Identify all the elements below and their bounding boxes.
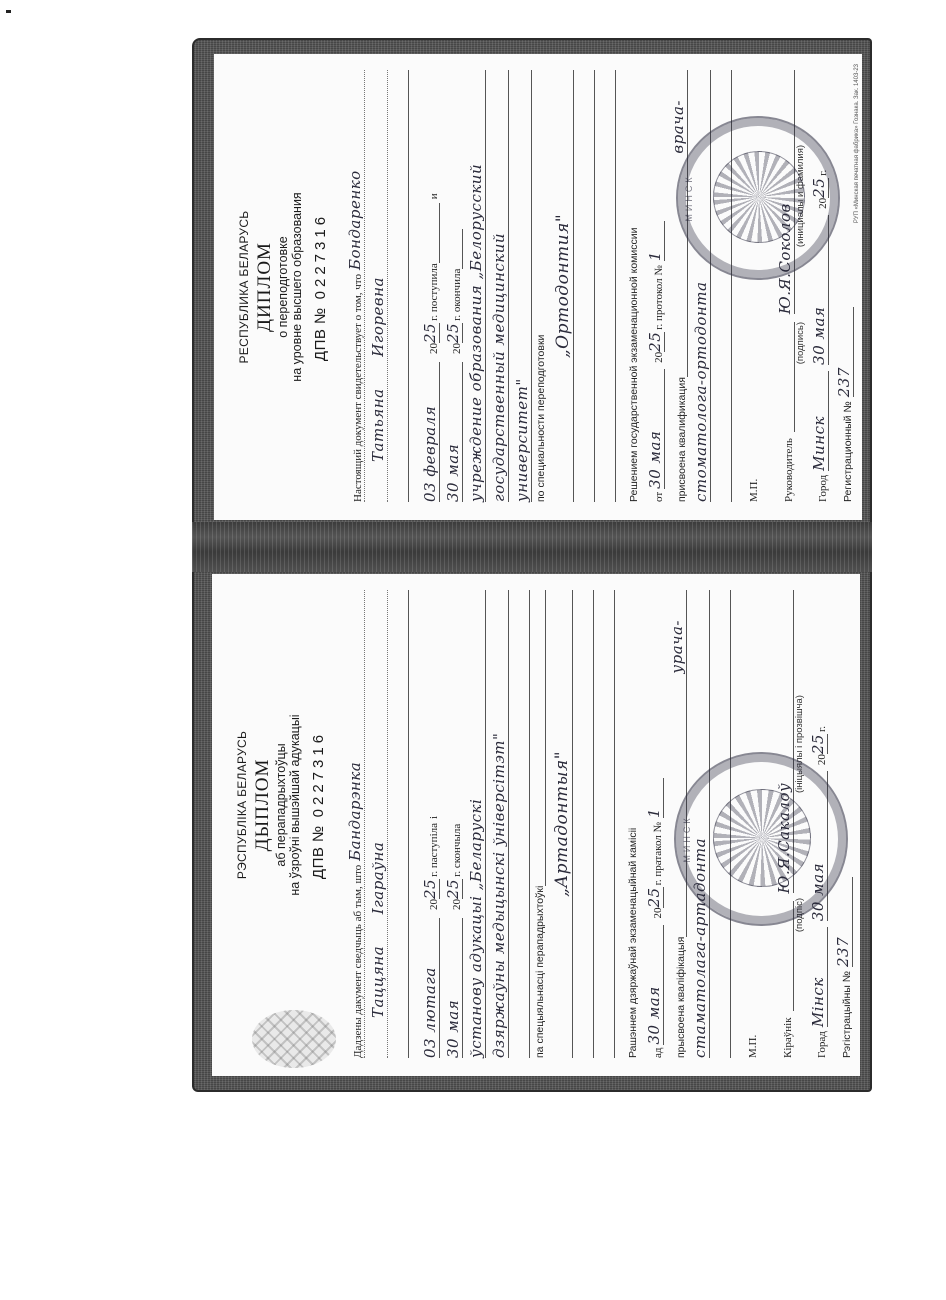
graduation-year-value: 25 — [444, 879, 463, 899]
head-row: Руководитель Ю.Я.Соколов — [776, 70, 795, 502]
enroll-date-value: 03 лютага — [421, 918, 440, 1058]
specialty-label-row: па спецыяльнасці перападрыхтоўкі — [534, 590, 546, 1058]
enroll-and: і — [428, 816, 440, 819]
institution-line-3: университет" — [509, 70, 532, 502]
enroll-year-value: 25 — [421, 879, 440, 899]
enroll-and: и — [428, 193, 440, 199]
blank-line — [509, 590, 530, 1058]
city-label: Город — [817, 475, 829, 502]
blank-line — [711, 70, 732, 502]
header-belarusian: РЭСПУБЛІКА БЕЛАРУСЬ ДЫПЛОМ аб перападрых… — [236, 574, 328, 1076]
institution-line-1: ўстанову адукацыі „Беларускі — [463, 590, 486, 1058]
institution-value: университет" — [513, 378, 531, 502]
qualification-label: прысвоена кваліфікацыя — [675, 937, 687, 1058]
year-prefix: 20 — [451, 899, 463, 910]
city-value: Мінск — [809, 927, 828, 1027]
registration-row: Рэгістрацыйны № 237 — [834, 590, 853, 1058]
document-subtitle: аб перападрыхтоўцы — [274, 574, 288, 1036]
enroll-row: 03 февраля 20 25 г. поступила и — [421, 70, 440, 502]
graduation-row: 30 мая 20 25 г. скончыла — [444, 590, 463, 1058]
document-subtitle-level: на уровне высшего образования — [290, 54, 304, 520]
country-label: РЭСПУБЛІКА БЕЛАРУСЬ — [236, 574, 250, 1036]
graduation-label: г. скончыла — [451, 824, 463, 877]
qualification-line-2: стоматолога-ортодонта — [688, 70, 711, 502]
blank-line — [710, 590, 731, 1058]
year-suffix: г. — [817, 170, 829, 176]
signature-caption: (подпись) — [795, 322, 806, 502]
decision-year-value: 25 — [645, 887, 664, 907]
enroll-label: г. паступіла — [428, 823, 440, 877]
year-suffix: г. — [816, 726, 828, 732]
body-russian: Настоящий документ свидетельствует о том… — [342, 70, 854, 502]
decision-from: ад — [652, 1048, 664, 1058]
specialty-label: па спецыяльнасці перападрыхтоўкі — [534, 886, 546, 1058]
institution-value: ўстанову адукацыі „Беларускі — [467, 799, 485, 1058]
header-russian: РЕСПУБЛИКА БЕЛАРУСЬ ДИПЛОМ о переподгото… — [238, 54, 330, 520]
protocol-label: г. протокол № — [653, 265, 665, 330]
name-caption: (инициалы и фамилия) — [795, 70, 806, 322]
commission-label: Решением государственной экзаменационной… — [628, 70, 640, 502]
protocol-label: г. пратакол № — [652, 822, 664, 885]
year-prefix: 20 — [817, 198, 829, 209]
printer-note: РУП «Минская печатная фабрика» Гознака. … — [854, 64, 860, 223]
qualification-row: присвоена квалификация врача- — [669, 70, 688, 502]
institution-line-2: государственный медицинский — [486, 70, 509, 502]
document-subtitle-level: на ўзроўні вышэйшай адукацыі — [288, 574, 302, 1036]
decision-date-value: 30 мая — [645, 925, 664, 1045]
series-label: ДПВ № — [310, 825, 327, 879]
document-subtitle: о переподготовке — [276, 54, 290, 520]
surname-value: Бондаренко — [346, 170, 364, 270]
document-title: ДИПЛОМ — [254, 54, 276, 520]
head-name-value: Ю.Я.Соколов — [776, 70, 795, 314]
specialty-value: „Артадонтыя" — [552, 751, 572, 897]
decision-year-value: 25 — [646, 332, 665, 352]
enroll-label: г. поступила — [428, 263, 440, 321]
diploma-number: ДПВ №0227316 — [312, 54, 329, 520]
intro-line: Настоящий документ свидетельствует о том… — [342, 70, 365, 502]
blank-line — [388, 70, 409, 502]
page-russian: РЕСПУБЛИКА БЕЛАРУСЬ ДИПЛОМ о переподгото… — [214, 54, 862, 520]
head-captions: (подпіс) (ініцыялы і прозвішча) — [794, 590, 805, 1058]
institution-value: государственный медицинский — [490, 233, 508, 502]
qualification-label: присвоена квалификация — [676, 377, 688, 502]
graduation-date-value: 30 мая — [444, 918, 463, 1058]
registration-label: Рэгістрацыйны № — [841, 971, 853, 1058]
year-prefix: 20 — [653, 352, 665, 363]
given-names-value: Татьяна Игоревна — [369, 277, 387, 462]
qualification-row: прысвоена кваліфікацыя урача- — [668, 590, 687, 1058]
blank-line — [574, 70, 595, 502]
mp-row: М.П. — [747, 590, 759, 1058]
issue-year-value: 25 — [809, 734, 828, 754]
head-label: Кіраўнік — [782, 1017, 794, 1058]
issue-date-value: 30 мая — [810, 215, 829, 365]
protocol-number-value: 1 — [646, 221, 665, 261]
blank-line — [595, 70, 616, 502]
year-prefix: 20 — [428, 899, 440, 910]
year-prefix: 20 — [652, 908, 664, 919]
enroll-year-value: 25 — [421, 323, 440, 343]
diploma-number: ДПВ №0227316 — [310, 574, 327, 1036]
country-label: РЕСПУБЛИКА БЕЛАРУСЬ — [238, 54, 252, 520]
issue-date-value: 30 мая — [809, 771, 828, 921]
enroll-blank — [439, 203, 440, 263]
given-names-line: Таццяна Ігараўна — [365, 590, 388, 1058]
security-ornament — [252, 1010, 336, 1068]
decision-from: от — [653, 492, 665, 502]
head-row: Кіраўнік Ю.Я.Сакалоў — [775, 590, 794, 1058]
body-belarusian: Дадзены дакумент сведчыць аб тым, што Ба… — [342, 590, 853, 1058]
intro-label: Дадзены дакумент сведчыць аб тым, што — [352, 865, 364, 1058]
head-label: Руководитель — [783, 438, 795, 502]
seal-place-label: М.П. — [748, 479, 760, 502]
seal-place-label: М.П. — [747, 1035, 759, 1058]
year-prefix: 20 — [816, 754, 828, 765]
city-row: Город Минск 30 мая 20 25 г. — [810, 70, 829, 502]
serial-number: 0227316 — [312, 213, 329, 299]
institution-value: дзяржаўны медыцынскі ўніверсітэт" — [490, 733, 508, 1058]
specialty-line: „Артадонтыя" — [546, 590, 573, 1058]
decision-row: от 30 мая 20 25 г. протокол № 1 — [646, 70, 665, 502]
head-captions: (подпись) (инициалы и фамилия) — [795, 70, 806, 502]
blank-line — [594, 590, 615, 1058]
intro-label: Настоящий документ свидетельствует о том… — [352, 274, 364, 502]
qualification-value-2: стоматолога-ортодонта — [692, 282, 710, 502]
year-prefix: 20 — [451, 343, 463, 354]
institution-line-1: учреждение образования „Белорусский — [463, 70, 486, 502]
given-names-value: Таццяна Ігараўна — [369, 842, 387, 1018]
decision-date-value: 30 мая — [646, 369, 665, 489]
page-belarusian-content: РЭСПУБЛІКА БЕЛАРУСЬ ДЫПЛОМ аб перападрых… — [212, 574, 860, 1076]
blank-line — [573, 590, 594, 1058]
city-row: Горад Мінск 30 мая 20 25 г. — [809, 590, 828, 1058]
document-title: ДЫПЛОМ — [252, 574, 274, 1036]
graduation-row: 30 мая 20 25 г. окончила — [444, 70, 463, 502]
institution-line-2: дзяржаўны медыцынскі ўніверсітэт" — [486, 590, 509, 1058]
protocol-number-value: 1 — [645, 778, 664, 818]
scan-artifact-mark — [6, 10, 11, 13]
blank-line — [388, 590, 409, 1058]
city-value: Минск — [810, 371, 829, 471]
specialty-label: по специальности переподготовки — [535, 335, 547, 502]
mp-row: М.П. — [748, 70, 760, 502]
graduation-date-value: 30 мая — [444, 362, 463, 502]
name-caption: (ініцыялы і прозвішча) — [794, 590, 805, 898]
series-label: ДПВ № — [312, 307, 329, 361]
city-label: Горад — [816, 1031, 828, 1058]
registration-label: Регистрационный № — [842, 401, 854, 502]
commission-label: Рашэннем дзяржаўнай экзаменацыйнай каміс… — [627, 590, 639, 1058]
specialty-value: „Ортодонтия" — [553, 214, 573, 358]
serial-number: 0227316 — [310, 731, 327, 817]
page-belarusian: РЭСПУБЛІКА БЕЛАРУСЬ ДЫПЛОМ аб перападрых… — [212, 574, 860, 1076]
issue-year-value: 25 — [810, 178, 829, 198]
registration-number-value: 237 — [834, 877, 853, 967]
institution-value: учреждение образования „Белорусский — [467, 164, 485, 502]
registration-number-value: 237 — [835, 307, 854, 397]
qualification-value-2: стаматолага-артадонта — [691, 838, 709, 1058]
qualification-value-1: врача- — [669, 70, 688, 377]
qualification-value-1: урача- — [668, 590, 687, 937]
head-name-value: Ю.Я.Сакалоў — [775, 590, 794, 893]
registration-row: Регистрационный № 237 — [835, 70, 854, 502]
intro-line: Дадзены дакумент сведчыць аб тым, што Ба… — [342, 590, 365, 1058]
graduation-label: г. окончила — [451, 269, 463, 321]
year-prefix: 20 — [428, 343, 440, 354]
diploma-spine — [192, 522, 872, 572]
graduation-year-value: 25 — [444, 323, 463, 343]
decision-row: ад 30 мая 20 25 г. пратакол № 1 — [645, 590, 664, 1058]
enroll-row: 03 лютага 20 25 г. паступіла і — [421, 590, 440, 1058]
qualification-line-2: стаматолага-артадонта — [687, 590, 710, 1058]
enroll-date-value: 03 февраля — [421, 362, 440, 502]
given-names-line: Татьяна Игоревна — [365, 70, 388, 502]
signature-caption: (подпіс) — [794, 898, 805, 1058]
surname-value: Бандарэнка — [346, 762, 364, 861]
page-russian-content: РЕСПУБЛИКА БЕЛАРУСЬ ДИПЛОМ о переподгото… — [214, 54, 862, 520]
specialty-line: „Ортодонтия" — [547, 70, 574, 502]
specialty-label-row: по специальности переподготовки — [535, 70, 547, 502]
